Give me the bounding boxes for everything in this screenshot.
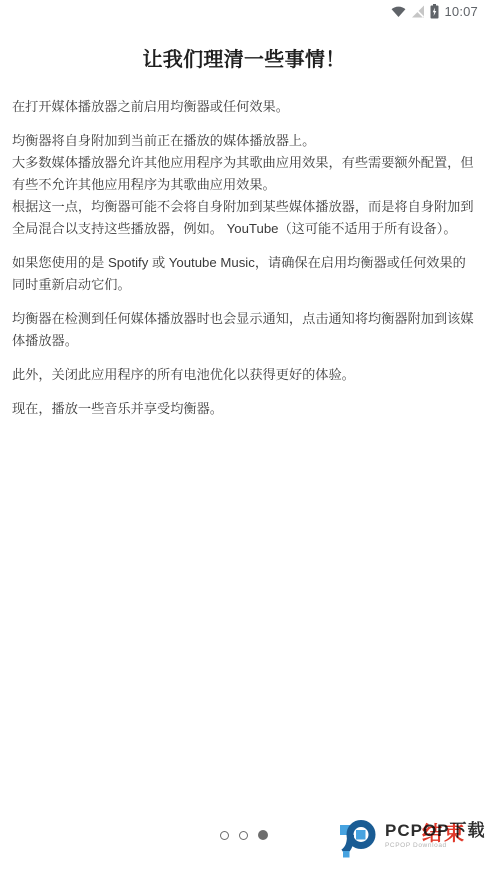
instruction-paragraph: 均衡器将自身附加到当前正在播放的媒体播放器上。 大多数媒体播放器允许其他应用程序… bbox=[12, 130, 476, 240]
pcpop-logo-icon bbox=[338, 818, 379, 859]
instruction-paragraph: 在打开媒体播放器之前启用均衡器或任何效果。 bbox=[12, 96, 476, 118]
instruction-paragraph: 此外，关闭此应用程序的所有电池优化以获得更好的体验。 bbox=[12, 364, 476, 386]
watermark-stamp: 结束 bbox=[422, 817, 466, 846]
page-dot-active bbox=[258, 830, 268, 840]
status-time: 10:07 bbox=[444, 4, 478, 19]
cellular-no-signal-icon bbox=[411, 5, 425, 18]
battery-charging-icon bbox=[430, 4, 439, 19]
instruction-paragraph: 如果您使用的是 Spotify 或 Youtube Music，请确保在启用均衡… bbox=[12, 252, 476, 296]
wifi-icon bbox=[391, 5, 406, 18]
page-title: 让我们理清一些事情！ bbox=[16, 47, 472, 74]
instruction-paragraph: 均衡器在检测到任何媒体播放器时也会显示通知，点击通知将均衡器附加到该媒体播放器。 bbox=[12, 308, 476, 352]
status-bar: 10:07 bbox=[0, 0, 488, 22]
instructions-text: 在打开媒体播放器之前启用均衡器或任何效果。 均衡器将自身附加到当前正在播放的媒体… bbox=[12, 96, 476, 432]
page-dot bbox=[239, 831, 248, 840]
instruction-paragraph: 现在，播放一些音乐并享受均衡器。 bbox=[12, 398, 476, 420]
page-dot bbox=[220, 831, 229, 840]
onboarding-page[interactable]: 10:07 让我们理清一些事情！ 在打开媒体播放器之前启用均衡器或任何效果。 均… bbox=[0, 0, 488, 869]
watermark: PCPOP下载 PCPOP Download 结束 bbox=[338, 816, 484, 864]
